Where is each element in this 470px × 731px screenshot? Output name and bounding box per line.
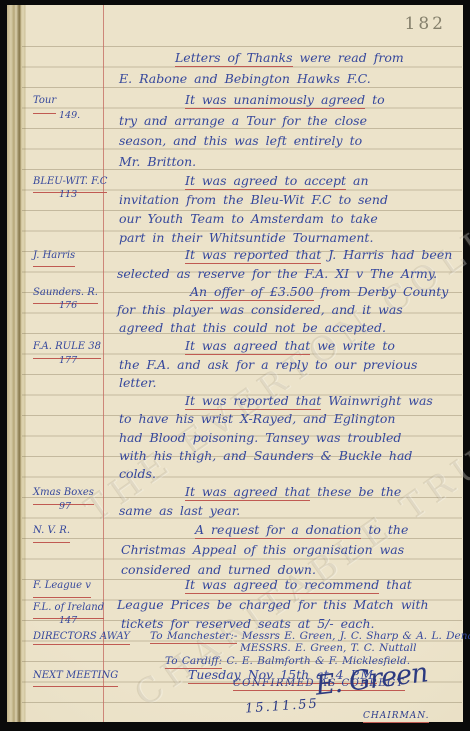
minute-line: letter. <box>113 374 455 393</box>
minute-line: It was reported that Wainwright was <box>113 392 455 410</box>
minute-entry: It was reported that Wainwright wasto ha… <box>33 392 455 483</box>
minute-line: selected as reserve for the F.A. XI v Th… <box>113 264 455 283</box>
minute-line: E. Rabone and Bebington Hawks F.C. <box>113 69 455 90</box>
minute-line: agreed that this could not be accepted. <box>113 319 455 337</box>
margin-heading: F. League v <box>33 576 91 598</box>
margin-note: NEXT MEETING <box>33 667 109 687</box>
minute-line: It was unanimously agreed to <box>113 90 455 111</box>
minute-text: It was agreed that we write tothe F.A. a… <box>113 337 455 393</box>
minute-text: It was agreed to recommend thatLeague Pr… <box>113 575 455 634</box>
red-underlined-phrase: It was agreed to recommend <box>185 577 379 594</box>
margin-note: Xmas Boxes97 <box>33 484 109 513</box>
minute-entry: Tour149.It was unanimously agreed totry … <box>33 90 455 172</box>
minute-line: League Prices be charged for this Match … <box>113 595 455 615</box>
minute-line: for this player was considered, and it w… <box>113 301 455 319</box>
minute-text: It was agreed to accept aninvitation fro… <box>113 171 455 247</box>
minute-line: It was agreed that we write to <box>113 337 455 356</box>
margin-note: BLEU-WIT. F.C113 <box>33 172 109 201</box>
minute-text: An offer of £3.500 from Derby Countyfor … <box>113 283 455 337</box>
minute-line: A request for a donation to the <box>113 520 455 540</box>
minute-line: had Blood poisoning. Tansey was troubled <box>113 429 455 447</box>
red-underlined-phrase: A request for a donation <box>195 522 361 539</box>
red-underlined-phrase: It was reported that <box>185 247 321 264</box>
red-underlined-phrase: It was agreed that <box>185 484 310 501</box>
minutes-entries: Letters of Thanks were read fromE. Rabon… <box>0 0 470 731</box>
chairman-label: CHAIRMAN. <box>363 711 429 723</box>
margin-heading: Tour <box>33 91 56 114</box>
margin-heading: J. Harris <box>33 246 75 267</box>
minute-line: An offer of £3.500 from Derby County <box>113 283 455 301</box>
minute-line: invitation from the Bleu-Wit F.C to send <box>113 190 455 209</box>
minute-line: season, and this was left entirely to <box>113 131 455 152</box>
red-underlined-phrase: An offer of £3.500 <box>190 284 314 301</box>
minute-line: colds. <box>113 465 455 483</box>
minute-line: It was agreed that these be the <box>113 483 455 502</box>
margin-note: J. Harris <box>33 246 109 267</box>
margin-note: N. V. R. <box>33 521 109 543</box>
minute-entry: J. HarrisIt was reported that J. Harris … <box>33 245 455 283</box>
minute-text: It was reported that Wainwright wasto ha… <box>113 392 455 483</box>
margin-heading: DIRECTORS AWAY <box>33 631 130 645</box>
margin-note: F.A. RULE 38177 <box>33 338 109 367</box>
minute-line: It was agreed to recommend that <box>113 575 455 595</box>
minute-entry: Letters of Thanks were read fromE. Rabon… <box>33 48 455 89</box>
margin-note: F. League vF.L. of Ireland147 <box>33 576 109 627</box>
margin-heading: N. V. R. <box>33 521 70 543</box>
minute-entry: F.A. RULE 38177It was agreed that we wri… <box>33 337 455 393</box>
minute-entry: N. V. R.A request for a donation to theC… <box>33 520 455 580</box>
minute-book-photo: THE EVERTON COLLECTION CHARITABLE TRUST … <box>0 0 470 731</box>
minute-line: the F.A. and ask for a reply to our prev… <box>113 356 455 375</box>
minute-line: It was agreed to accept an <box>113 171 455 190</box>
minute-line: same as last year. <box>113 502 455 521</box>
red-underlined-phrase: Letters of Thanks <box>175 50 293 67</box>
margin-note: DIRECTORS AWAY <box>33 631 109 645</box>
minute-text: A request for a donation to theChristmas… <box>113 520 455 580</box>
minute-text: It was agreed that these be thesame as l… <box>113 483 455 520</box>
red-underlined-phrase: It was agreed to accept <box>185 173 346 190</box>
minute-line: with his thigh, and Saunders & Buckle ha… <box>113 447 455 465</box>
red-underlined-phrase: To Manchester:- <box>150 630 237 644</box>
margin-heading: NEXT MEETING <box>33 667 118 687</box>
minute-entry: BLEU-WIT. F.C113It was agreed to accept … <box>33 171 455 247</box>
red-underlined-phrase: It was unanimously agreed <box>185 92 365 109</box>
minute-line: Letters of Thanks were read from <box>113 48 455 69</box>
minute-line: MESSRS. E. Green, T. C. Nuttall <box>113 642 455 654</box>
margin-note: Tour149. <box>33 91 109 122</box>
minute-line: our Youth Team to Amsterdam to take <box>113 209 455 228</box>
red-underlined-phrase: It was agreed that <box>185 338 310 355</box>
minute-text: It was unanimously agreed totry and arra… <box>113 90 455 172</box>
minute-entry: F. League vF.L. of Ireland147It was agre… <box>33 575 455 634</box>
minute-line: It was reported that J. Harris had been <box>113 245 455 264</box>
minute-text: Letters of Thanks were read fromE. Rabon… <box>113 48 455 89</box>
minute-entry: Xmas Boxes97It was agreed that these be … <box>33 483 455 520</box>
minute-line: Mr. Britton. <box>113 152 455 173</box>
minute-text: It was reported that J. Harris had beens… <box>113 245 455 283</box>
margin-note: Saunders. R.176 <box>33 284 109 312</box>
minute-line: Christmas Appeal of this organisation wa… <box>113 540 455 560</box>
minute-entry: Saunders. R.176An offer of £3.500 from D… <box>33 283 455 337</box>
minute-line: To Manchester:- Messrs E. Green, J. C. S… <box>113 630 455 642</box>
minute-line: try and arrange a Tour for the close <box>113 111 455 132</box>
minute-line: to have his wrist X-Rayed, and Eglington <box>113 410 455 428</box>
red-underlined-phrase: It was reported that <box>185 393 321 410</box>
